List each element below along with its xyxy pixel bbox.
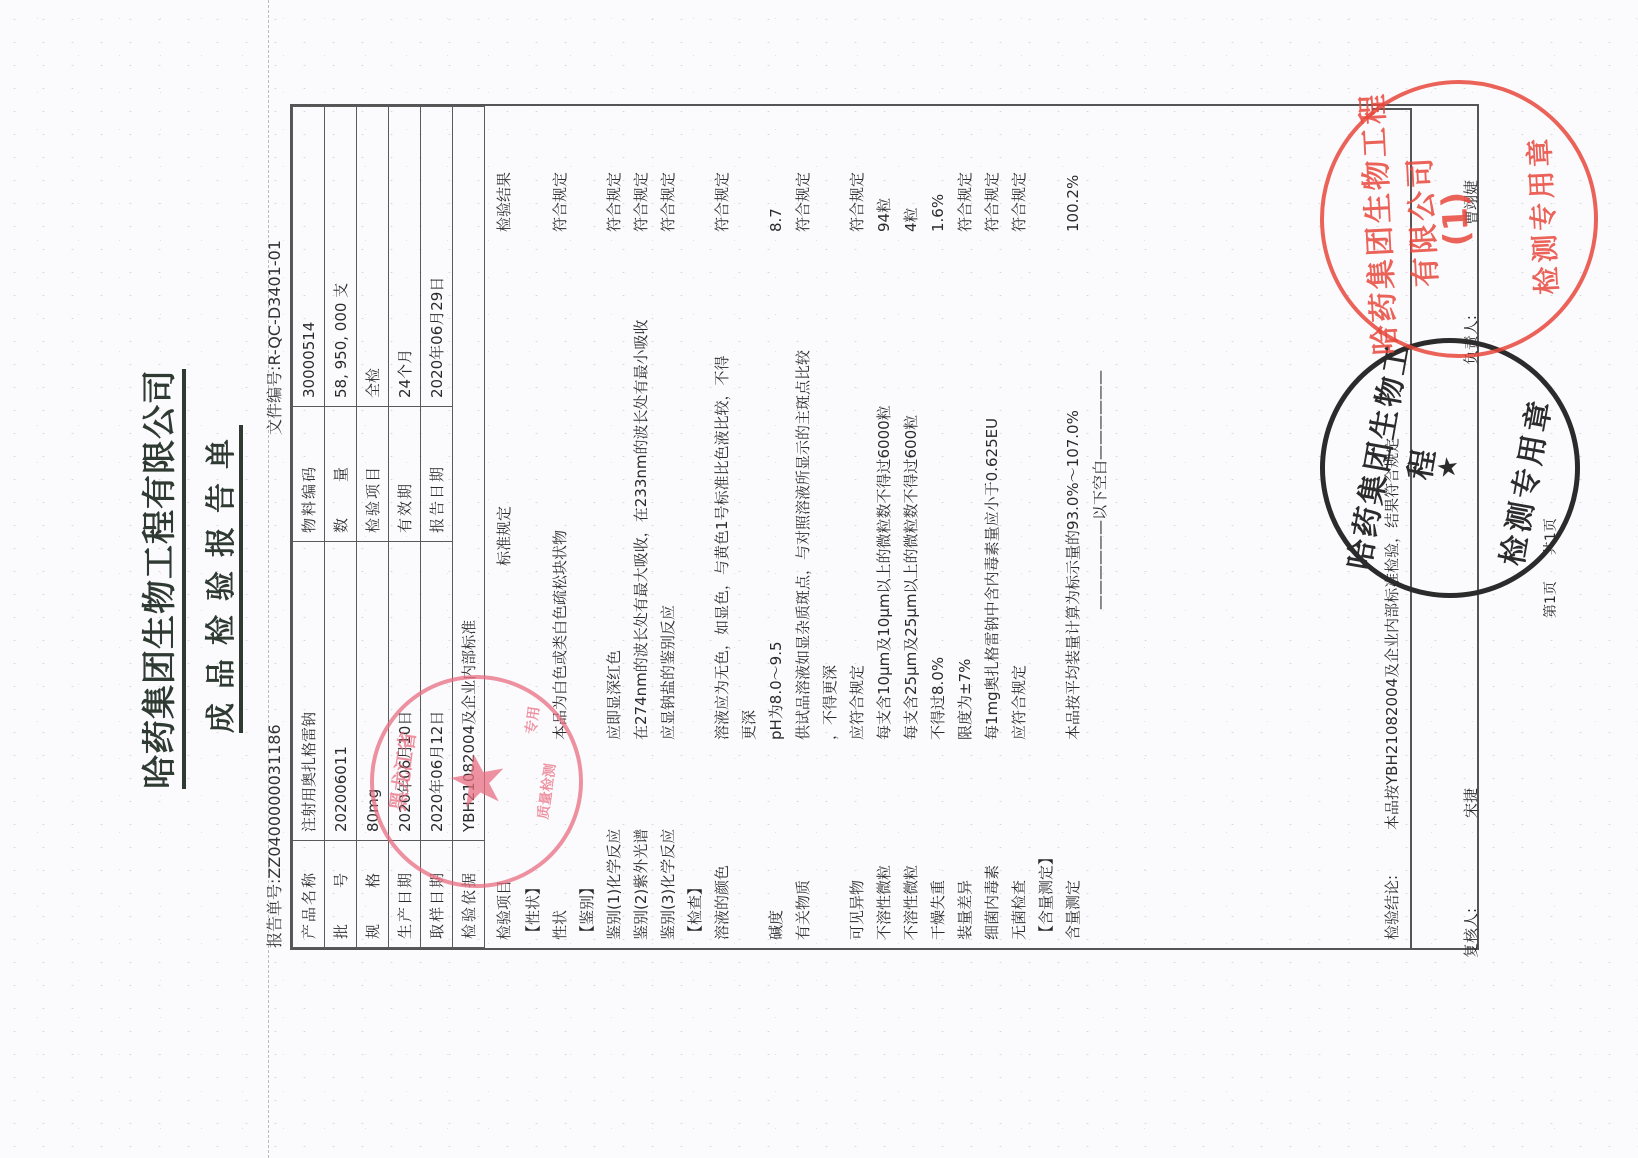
test-item: 【性状】 [520,740,547,940]
info-value: 58, 950, 000 支 [325,107,357,407]
test-standard [520,232,547,740]
test-result: 符合规定 [601,114,628,232]
test-item: 含量测定 [1060,740,1087,940]
test-standard: pH为8.0～9.5 [763,232,790,740]
info-label: 规 格 [357,841,389,948]
info-label: 批 号 [325,841,357,948]
test-item: 鉴别(1)化学反应 [601,740,628,940]
result-row: 【鉴别】 [574,114,601,940]
report-number: 报告单号:ZZ0400000031186 [262,724,285,948]
test-result: 符合规定 [844,114,871,232]
test-standard: 每1mg奥扎格雷钠中含内毒素量应小于0.625EU [979,232,1006,740]
conclusion-row: 检验结论: 本品按YBH21082004及企业内部标准检验，结果符合规定 [1372,108,1412,950]
test-result: 符合规定 [709,114,736,232]
test-result [817,114,844,232]
report-page: 哈药集团生物工程有限公司 成品检验报告单 报告单号:ZZ040000003118… [0,0,1638,1158]
info-row: 规 格80mg检验项目全检 [357,107,389,948]
result-row: 【性状】 [520,114,547,940]
reviewer-label: 复核人: [1460,908,1481,958]
result-row: 可见异物应符合规定符合规定 [844,114,871,940]
test-standard: 不得过8.0% [925,232,952,740]
info-label: 有效期 [389,407,421,542]
test-result: 4粒 [898,114,925,232]
info-value: 202006011 [325,542,357,841]
results-area: 检验项目 标准规定 检验结果 【性状】性状本品为白色或类白色疏松块状物符合规定【… [485,106,1477,948]
test-item: 【检查】 [682,740,709,940]
info-label: 报告日期 [421,407,453,542]
info-row: 检验依据YBH21082004及企业内部标准 [453,107,485,948]
reviewer-name: 宋捷 [1460,788,1481,818]
test-item: 不溶性微粒 [898,740,925,940]
test-standard: ，不得更深 [817,232,844,740]
results-header: 检验项目 标准规定 检验结果 [491,114,518,940]
info-row: 产品名称注射用奥扎格雷钠物料编码30000514 [293,107,325,948]
test-result: 符合规定 [1006,114,1033,232]
result-row: 细菌内毒素每1mg奥扎格雷钠中含内毒素量应小于0.625EU符合规定 [979,114,1006,940]
test-standard: 应符合规定 [1006,232,1033,740]
result-row: 有关物质供试品溶液如显杂质斑点，与对照溶液所显示的主斑点比较符合规定 [790,114,817,940]
info-label: 产品名称 [293,841,325,948]
test-result [574,114,601,232]
header-result: 检验结果 [491,114,518,232]
result-row: 装量差异限度为±7%符合规定 [952,114,979,940]
info-value: 全检 [357,107,389,407]
test-result: 符合规定 [547,114,574,232]
end-note: ——————以下空白—————— [1087,232,1114,740]
test-result: 94粒 [871,114,898,232]
test-standard [682,232,709,740]
info-label: 检验项目 [357,407,389,542]
test-result [520,114,547,232]
test-result [682,114,709,232]
test-item: 溶液的颜色 [709,740,736,940]
result-row: 含量测定本品按平均装量计算为标示量的93.0%～107.0%100.2% [1060,114,1087,940]
test-standard [574,232,601,740]
test-item: 无菌检查 [1006,740,1033,940]
info-label: 取样日期 [421,841,453,948]
test-result: 1.6% [925,114,952,232]
report-sheet: 产品名称注射用奥扎格雷钠物料编码30000514批 号202006011数 量5… [290,104,1479,950]
info-value: 2020年06月29日 [421,107,453,407]
info-label: 物料编码 [293,407,325,542]
test-result: 符合规定 [979,114,1006,232]
test-item: 【含量测定】 [1033,740,1060,940]
result-row: 更深 [736,114,763,940]
page-number: 第1页 共1页 [1540,518,1560,618]
test-item: 鉴别(3)化学反应 [655,740,682,940]
header-item: 检验项目 [491,740,518,940]
test-item: 鉴别(2)紫外光谱 [628,740,655,940]
test-result: 符合规定 [655,114,682,232]
info-label: 检验依据 [453,841,485,948]
result-row: 不溶性微粒每支含10μm及10μm以上的微粒数不得过6000粒94粒 [871,114,898,940]
info-row: 批 号202006011数 量58, 950, 000 支 [325,107,357,948]
info-label: 生产日期 [389,841,421,948]
file-number: 文件编号:R-QC-D3401-01 [262,240,285,435]
info-value: 24个月 [389,107,421,407]
test-item: 可见异物 [844,740,871,940]
test-standard: 本品为白色或类白色疏松块状物 [547,232,574,740]
info-row: 生产日期2020年06月10日有效期24个月 [389,107,421,948]
test-standard: 应显钠盐的鉴别反应 [655,232,682,740]
test-item: 不溶性微粒 [871,740,898,940]
test-result: 符合规定 [628,114,655,232]
result-row: 鉴别(2)紫外光谱在274nm的波长处有最大吸收，在233nm的波长处有最小吸收… [628,114,655,940]
signature-row: 复核人: 宋捷 负责人: 曹翊婕 [1460,180,1481,958]
result-row: 干燥失重不得过8.0%1.6% [925,114,952,940]
test-item: 装量差异 [952,740,979,940]
test-item: 【鉴别】 [574,740,601,940]
result-row: ，不得更深 [817,114,844,940]
conclusion-label: 检验结论: [1381,830,1402,940]
info-value: 2020年06月10日 [389,542,421,841]
reviewer: 复核人: 宋捷 [1460,788,1481,958]
test-item: 细菌内毒素 [979,740,1006,940]
report-meta: 报告单号:ZZ0400000031186 文件编号:R-QC-D3401-01 [262,240,285,948]
test-item: 碱度 [763,740,790,940]
test-standard: 更深 [736,232,763,740]
test-standard: 每支含10μm及10μm以上的微粒数不得过6000粒 [871,232,898,740]
test-item: 性状 [547,740,574,940]
test-result [736,114,763,232]
result-row: 【含量测定】 [1033,114,1060,940]
info-value: 30000514 [293,107,325,407]
report-title: 成品检验报告单 [196,0,240,1158]
test-result: 100.2% [1060,114,1087,232]
test-result: 符合规定 [790,114,817,232]
test-standard: 每支含25μm及25μm以上的微粒数不得过600粒 [898,232,925,740]
result-row: 不溶性微粒每支含25μm及25μm以上的微粒数不得过600粒4粒 [898,114,925,940]
test-result: 8.7 [763,114,790,232]
responsible-label: 负责人: [1460,315,1481,365]
test-standard: 限度为±7% [952,232,979,740]
test-standard: 应符合规定 [844,232,871,740]
test-item: 有关物质 [790,740,817,940]
result-row: 【检查】 [682,114,709,940]
test-standard [1033,232,1060,740]
test-standard: 本品按平均装量计算为标示量的93.0%～107.0% [1060,232,1087,740]
result-row: 鉴别(3)化学反应应显钠盐的鉴别反应符合规定 [655,114,682,940]
test-standard: 溶液应为无色，如显色，与黄色1号标准比色液比较，不得 [709,232,736,740]
test-standard: 应即显深红色 [601,232,628,740]
test-item [817,740,844,940]
test-standard: 供试品溶液如显杂质斑点，与对照溶液所显示的主斑点比较 [790,232,817,740]
info-value: 80mg [357,542,389,841]
responsible-name: 曹翊婕 [1460,180,1481,225]
result-row: 碱度pH为8.0～9.58.7 [763,114,790,940]
test-result [1033,114,1060,232]
result-row: 鉴别(1)化学反应应即显深红色符合规定 [601,114,628,940]
end-note-row: ——————以下空白—————— [1087,114,1114,940]
company-name: 哈药集团生物工程有限公司 [132,0,181,1158]
results-list: 【性状】性状本品为白色或类白色疏松块状物符合规定【鉴别】鉴别(1)化学反应应即显… [520,114,1087,940]
product-info-table: 产品名称注射用奥扎格雷钠物料编码30000514批 号202006011数 量5… [292,106,485,948]
result-row: 性状本品为白色或类白色疏松块状物符合规定 [547,114,574,940]
info-value: 注射用奥扎格雷钠 [293,542,325,841]
info-value: YBH21082004及企业内部标准 [453,107,485,841]
conclusion-text: 本品按YBH21082004及企业内部标准检验，结果符合规定 [1381,438,1402,830]
info-value: 2020年06月12日 [421,542,453,841]
test-item: 干燥失重 [925,740,952,940]
info-label: 数 量 [325,407,357,542]
result-row: 溶液的颜色溶液应为无色，如显色，与黄色1号标准比色液比较，不得符合规定 [709,114,736,940]
header-standard: 标准规定 [491,232,518,740]
test-item [736,740,763,940]
test-standard: 在274nm的波长处有最大吸收，在233nm的波长处有最小吸收 [628,232,655,740]
responsible: 负责人: 曹翊婕 [1460,180,1481,365]
result-row: 无菌检查应符合规定符合规定 [1006,114,1033,940]
test-result: 符合规定 [952,114,979,232]
info-row: 取样日期2020年06月12日报告日期2020年06月29日 [421,107,453,948]
